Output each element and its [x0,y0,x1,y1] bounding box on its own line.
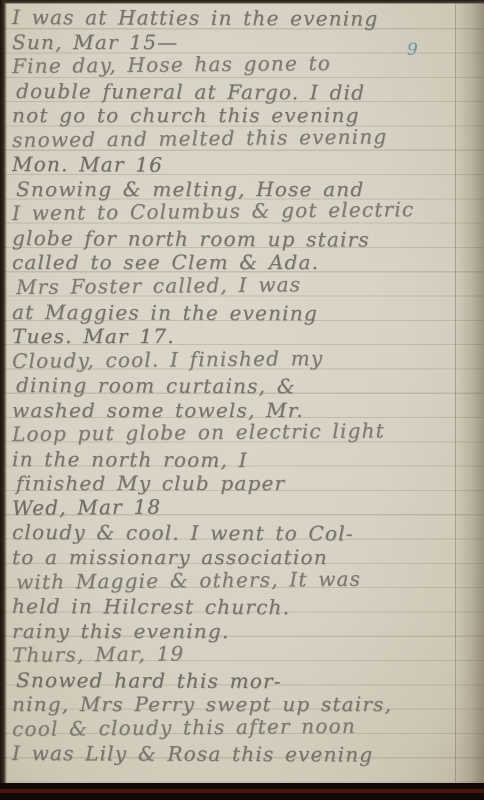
page-edge-top [0,0,484,4]
diary-line: at Maggies in the evening [12,300,478,327]
diary-line: Loop put globe on electric light [12,418,478,447]
diary-line: Snowed hard this mor- [16,668,478,695]
binding-edge-bottom [0,783,484,800]
diary-line: I was at Hatties in the evening [12,5,478,32]
binding-maroon-line [0,789,484,793]
diary-line: I went to Columbus & got electric [12,197,478,226]
diary-line: in the north room, I [12,447,478,474]
binding-edge-left [0,0,7,800]
diary-line: Cloudy, cool. I finished my [12,344,478,373]
diary-line: dining room curtains, & [16,373,478,400]
diary-line: double funeral at Fargo. I did [16,79,478,106]
page-number: 9 [407,40,418,60]
diary-line: globe for north room up stairs [12,226,478,253]
diary-lines: I was at Hatties in the eveningSun, Mar … [12,5,478,766]
diary-line: I was Lily & Rosa this evening [12,741,478,768]
diary-line: snowed and melted this evening [12,123,478,152]
diary-line: held in Hilcrest church. [12,594,478,621]
diary-line: Wed, Mar 18 [12,491,478,520]
diary-line: Thurs, Mar, 19 [12,639,478,668]
diary-line: with Maggie & others, It was [16,565,478,594]
diary-line: Mrs Foster called, I was [16,271,478,300]
diary-line: cloudy & cool. I went to Col- [12,520,478,547]
diary-line: Mon. Mar 16 [12,152,478,179]
diary-line: cool & cloudy this after noon [12,712,478,741]
diary-page-scan: 9 I was at Hatties in the eveningSun, Ma… [0,0,484,800]
